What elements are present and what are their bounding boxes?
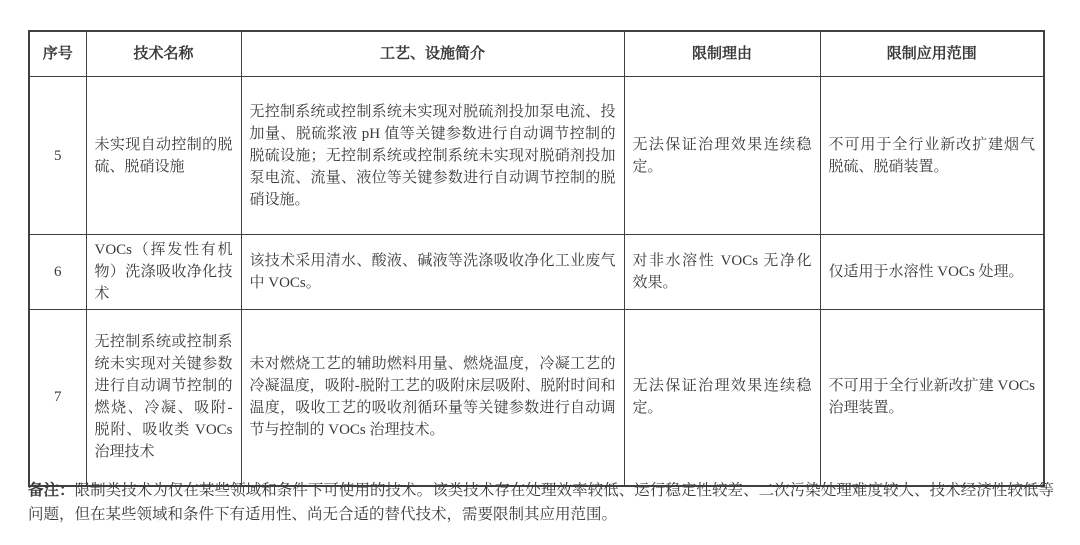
document-page: 序号 技术名称 工艺、设施简介 限制理由 限制应用范围 5 未实现自动控制的脱硫… (0, 0, 1080, 545)
table-row-7: 7 无控制系统或控制系统未实现对关键参数进行自动调节控制的燃烧、冷凝、吸附-脱附… (29, 310, 1044, 486)
cell-reason: 无法保证治理效果连续稳定。 (624, 77, 820, 235)
footnote: 备注：限制类技术为仅在某些领域和条件下可使用的技术。该类技术存在处理效率较低、运… (28, 479, 1054, 527)
col-header-scope: 限制应用范围 (820, 31, 1044, 77)
footnote-label: 备注： (28, 482, 75, 499)
cell-index: 6 (29, 235, 86, 310)
table-row-6: 6 VOCs（挥发性有机物）洗涤吸收净化技术 该技术采用清水、酸液、碱液等洗涤吸… (29, 235, 1044, 310)
cell-index: 5 (29, 77, 86, 235)
cell-scope: 不可用于全行业新改扩建烟气脱硫、脱硝装置。 (820, 77, 1044, 235)
restricted-technology-table: 序号 技术名称 工艺、设施简介 限制理由 限制应用范围 5 未实现自动控制的脱硫… (28, 30, 1045, 487)
col-header-intro: 工艺、设施简介 (241, 31, 624, 77)
cell-tech-name: 未实现自动控制的脱硫、脱硝设施 (86, 77, 241, 235)
cell-tech-name: 无控制系统或控制系统未实现对关键参数进行自动调节控制的燃烧、冷凝、吸附-脱附、吸… (86, 310, 241, 486)
cell-intro: 该技术采用清水、酸液、碱液等洗涤吸收净化工业废气中 VOCs。 (241, 235, 624, 310)
cell-scope: 仅适用于水溶性 VOCs 处理。 (820, 235, 1044, 310)
col-header-index: 序号 (29, 31, 86, 77)
cell-tech-name: VOCs（挥发性有机物）洗涤吸收净化技术 (86, 235, 241, 310)
cell-reason: 对非水溶性 VOCs 无净化效果。 (624, 235, 820, 310)
cell-intro: 无控制系统或控制系统未实现对脱硫剂投加泵电流、投加量、脱硫浆液 pH 值等关键参… (241, 77, 624, 235)
col-header-tech-name: 技术名称 (86, 31, 241, 77)
cell-intro: 未对燃烧工艺的辅助燃料用量、燃烧温度，冷凝工艺的冷凝温度，吸附-脱附工艺的吸附床… (241, 310, 624, 486)
table-header-row: 序号 技术名称 工艺、设施简介 限制理由 限制应用范围 (29, 31, 1044, 77)
col-header-reason: 限制理由 (624, 31, 820, 77)
cell-scope: 不可用于全行业新改扩建 VOCs 治理装置。 (820, 310, 1044, 486)
cell-reason: 无法保证治理效果连续稳定。 (624, 310, 820, 486)
table-row-5: 5 未实现自动控制的脱硫、脱硝设施 无控制系统或控制系统未实现对脱硫剂投加泵电流… (29, 77, 1044, 235)
cell-index: 7 (29, 310, 86, 486)
footnote-text: 限制类技术为仅在某些领域和条件下可使用的技术。该类技术存在处理效率较低、运行稳定… (28, 482, 1054, 523)
